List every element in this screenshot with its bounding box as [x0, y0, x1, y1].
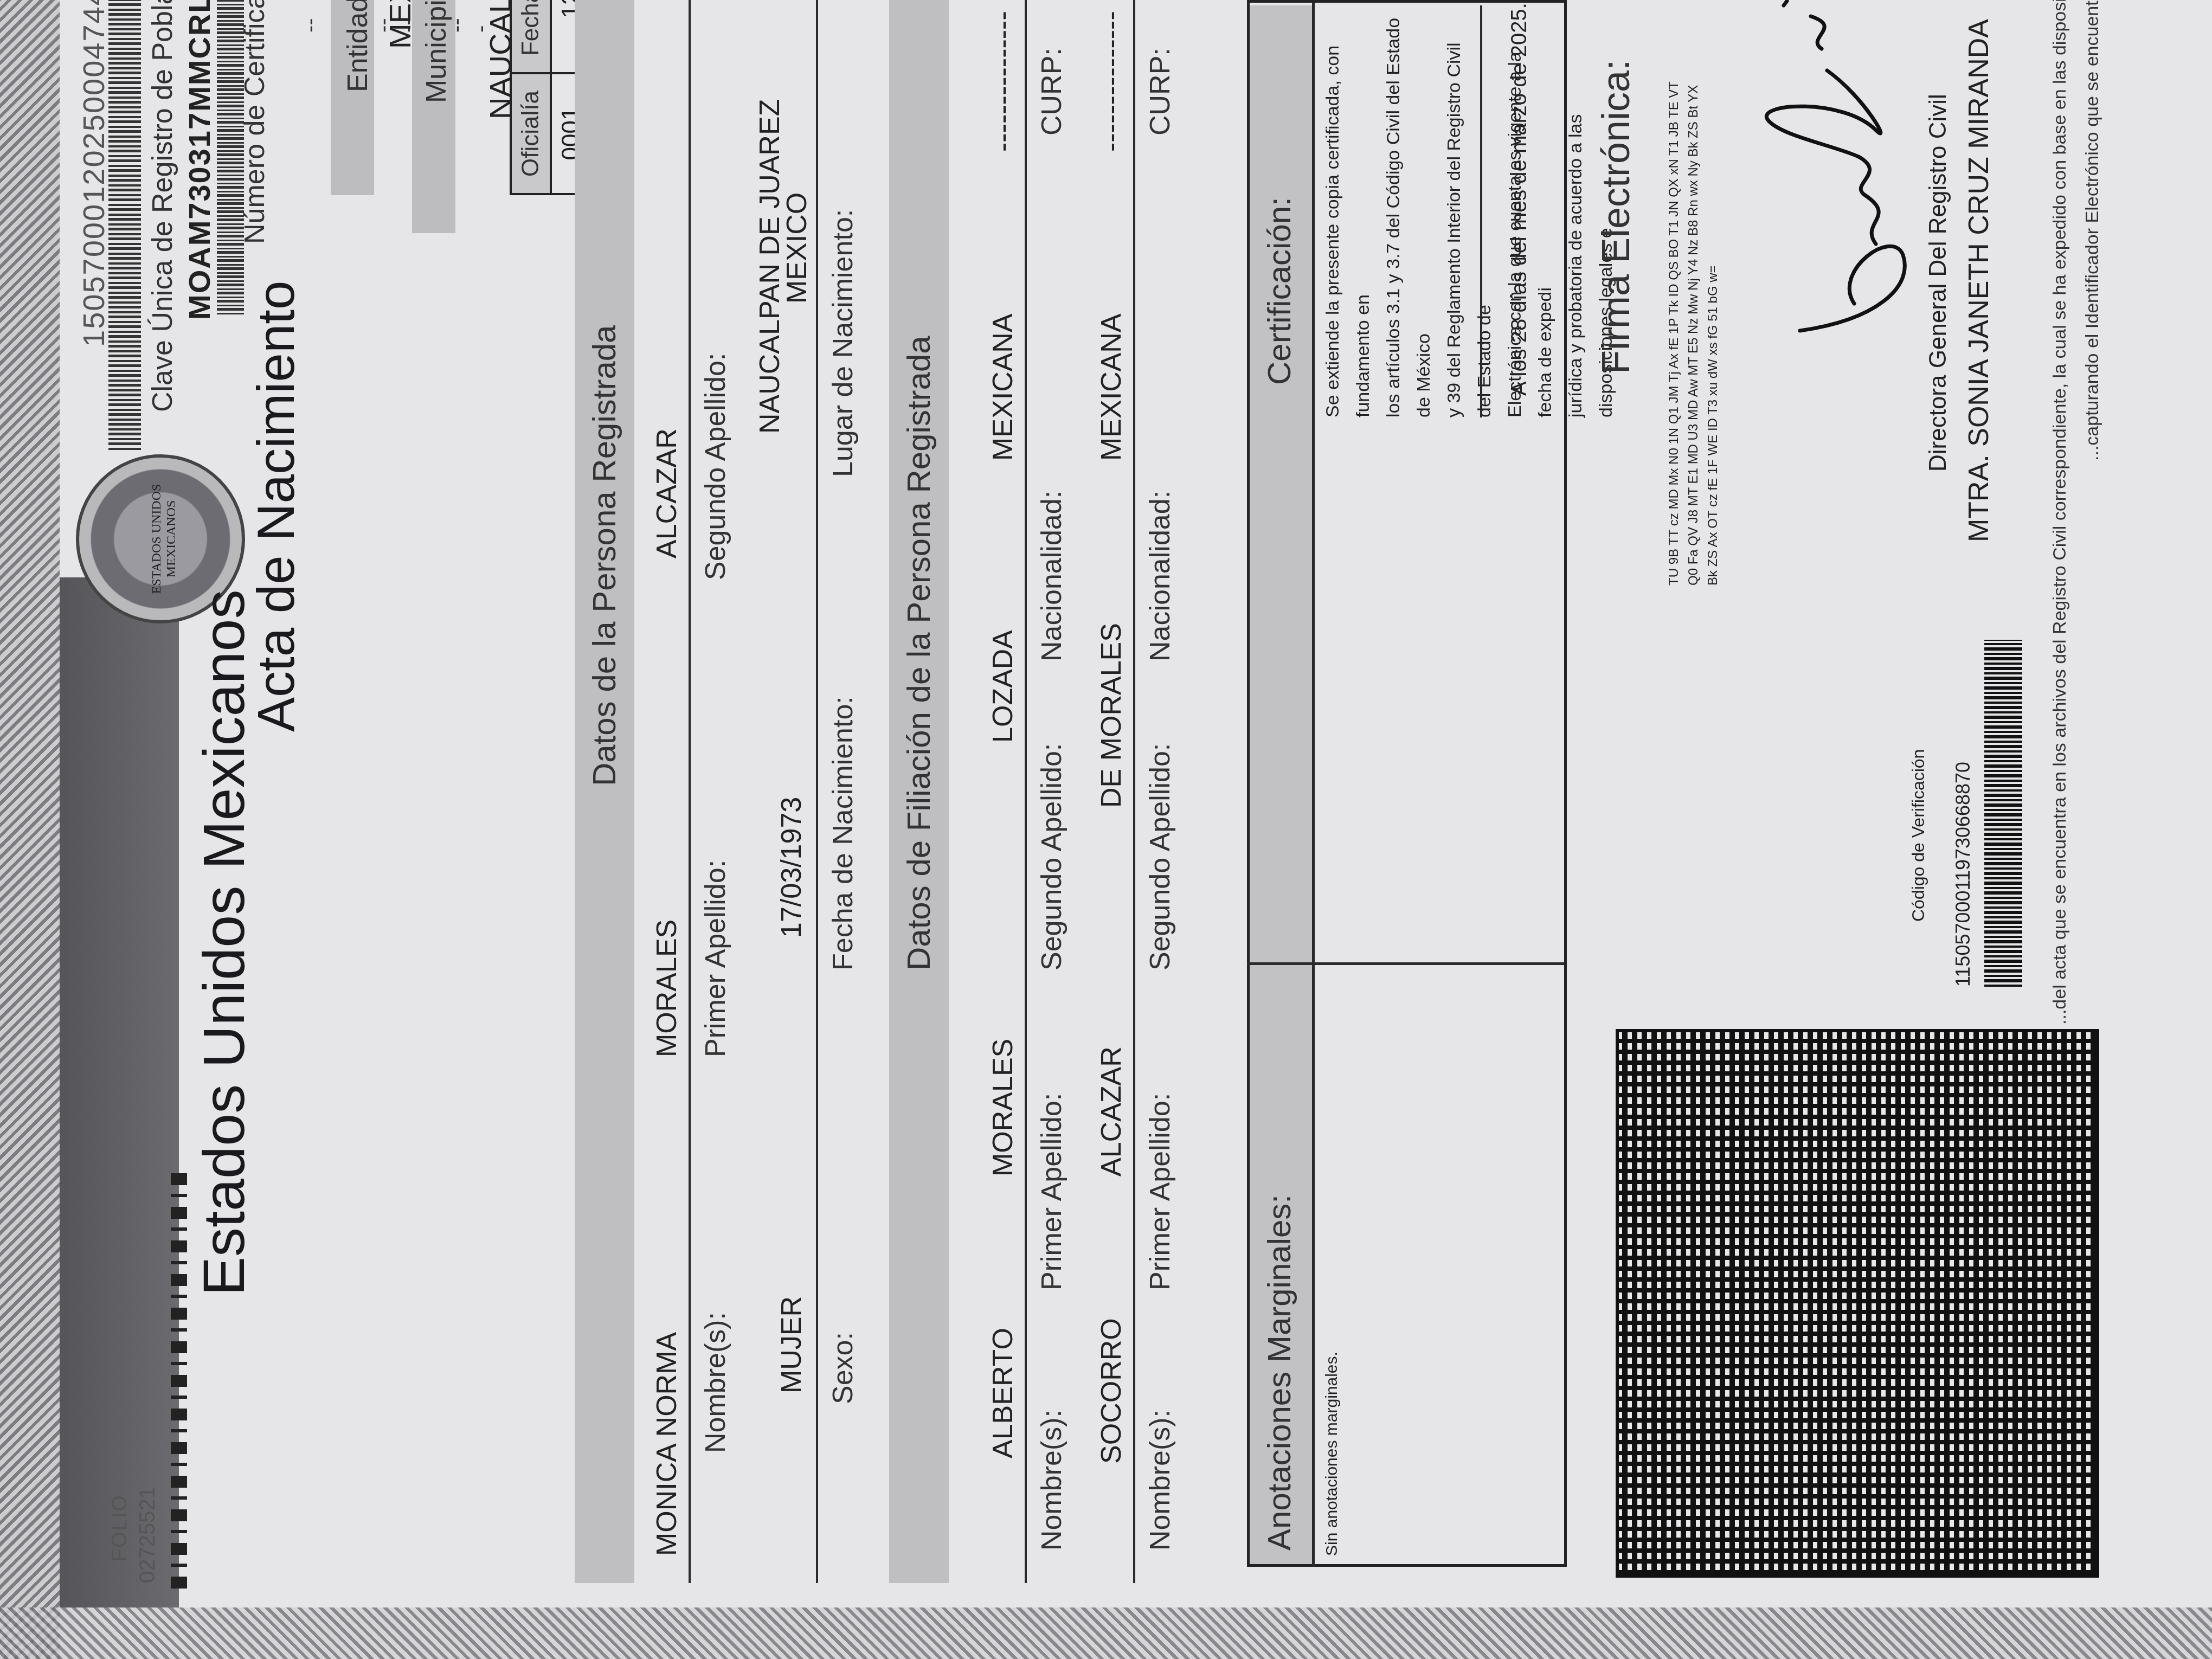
hash-line: Bk ZS Ax OT cz fE 1F WE ID T3 xu dW xs f… — [1703, 81, 1723, 586]
father-curp-label: CURP: — [1036, 48, 1068, 136]
cert-line: Se extiende la presente copia certificad… — [1317, 16, 1378, 417]
father-nacionalidad-value: MEXICANA — [987, 313, 1019, 461]
handwritten-signature-icon — [1735, 0, 1930, 352]
person-primer-apellido-label: Primer Apellido: — [699, 860, 732, 1057]
registry-header-fecha: Fecha de Registro — [511, 0, 551, 73]
mother-primer-apellido-label: Primer Apellido: — [1144, 1093, 1176, 1290]
signer-name: MTRA. SONIA JANETH CRUZ MIRANDA — [1963, 19, 1995, 542]
identifier-barcode-icon — [108, 0, 141, 450]
footer-line-2: ...capturando el Identificador Electróni… — [2082, 0, 2103, 461]
person-segundo-apellido-label: Segundo Apellido: — [699, 353, 732, 580]
cert-line: los artículos 3.1 y 3.7 del Código Civil… — [1378, 16, 1439, 417]
curp-value: MOAM730317MMCRLN01 — [182, 0, 217, 320]
person-primer-apellido-value: MORALES — [651, 919, 683, 1057]
person-section-bar — [575, 0, 634, 1583]
guilloche-border-left — [0, 1607, 2212, 1659]
father-segundo-apellido-value: LOZADA — [987, 630, 1019, 743]
father-nacionalidad-label: Nacionalidad: — [1036, 491, 1068, 661]
folio-value: 02725521 — [136, 1487, 160, 1583]
document-title: Acta de Nacimiento — [247, 281, 306, 732]
father-segundo-apellido-label: Segundo Apellido: — [1036, 743, 1068, 970]
identifier-number: 150570001202500047446 — [76, 0, 111, 347]
certificacion-title: Certificación: — [1261, 197, 1298, 385]
father-primer-apellido-value: MORALES — [987, 1039, 1019, 1176]
folio-label: FOLIO — [108, 1494, 132, 1561]
divider — [689, 0, 691, 1583]
divider — [1312, 3, 1315, 1567]
mother-curp-value: --------------- — [1095, 11, 1128, 152]
certificate-number-label: Número de Certificado de Nacimiento — [239, 0, 271, 244]
person-lugar-nacimiento-label: Lugar de Nacimiento: — [827, 209, 859, 477]
person-section-title: Datos de la Persona Registrada — [586, 325, 623, 787]
anotaciones-title: Anotaciones Marginales: — [1261, 1194, 1298, 1551]
anotaciones-text: Sin anotaciones marginales. — [1323, 1352, 1341, 1556]
mother-curp-label: CURP: — [1144, 48, 1176, 136]
person-sexo-value: MUJER — [775, 1296, 808, 1393]
verification-code: 115057000119730668870 — [1952, 762, 1975, 987]
document-body: ESTADOS UNIDOS MEXICANOS FOLIO 02725521 … — [65, 16, 2190, 1599]
hash-line: Q0 Fa QV J8 MT E1 MD U3 MD Aw MT E5 Nz M… — [1684, 81, 1703, 586]
father-nombre-label: Nombre(s): — [1036, 1410, 1068, 1551]
person-lugar-nacimiento-value-2: MEXICO — [781, 192, 813, 304]
divider — [816, 0, 818, 1583]
father-curp-value: --------------- — [987, 11, 1019, 152]
father-primer-apellido-label: Primer Apellido: — [1036, 1093, 1068, 1290]
mother-nacionalidad-label: Nacionalidad: — [1144, 491, 1176, 661]
mother-primer-apellido-value: ALCAZAR — [1095, 1046, 1128, 1176]
person-nombre-value: MONICA NORMA — [651, 1332, 683, 1556]
person-sexo-label: Sexo: — [827, 1332, 859, 1404]
certificacion-text: Se extiende la presente copia certificad… — [1317, 16, 1621, 417]
hash-line: TU 9B TT cz MD Mx N0 1N Q1 JM Tj Ax fE 1… — [1664, 81, 1684, 586]
person-segundo-apellido-value: ALCAZAR — [651, 428, 683, 558]
person-fecha-nacimiento-value: 17/03/1973 — [775, 797, 808, 938]
guilloche-border-top — [0, 0, 60, 1659]
entidad-label: Entidad de Registro — [342, 0, 374, 92]
mother-segundo-apellido-value: DE MORALES — [1095, 623, 1128, 808]
person-nombre-label: Nombre(s): — [699, 1312, 732, 1453]
divider — [1247, 962, 1564, 965]
footer-line-1: ...del acta que se encuentra en los arch… — [2049, 0, 2070, 1025]
verification-label: Código de Verificación — [1908, 749, 1928, 922]
signer-title: Directora General Del Registro Civil — [1925, 94, 1952, 472]
mother-nacionalidad-value: MEXICANA — [1095, 313, 1128, 461]
firma-title: Firma Electrónica: — [1594, 60, 1638, 374]
mother-segundo-apellido-label: Segundo Apellido: — [1144, 743, 1176, 970]
person-fecha-nacimiento-label: Fecha de Nacimiento: — [827, 696, 859, 970]
firma-hash: TU 9B TT cz MD Mx N0 1N Q1 JM Tj Ax fE 1… — [1664, 81, 1723, 586]
municipio-label: Municipio de Registro — [420, 0, 453, 103]
qr-code-icon — [1616, 1029, 2099, 1578]
curp-label: Clave Única de Registro de Población — [146, 0, 179, 412]
divider — [1133, 0, 1135, 1583]
mother-nombre-label: Nombre(s): — [1144, 1410, 1176, 1551]
verification-barcode-icon — [1984, 640, 2022, 987]
certificacion-date: A los 28 días del mes de marzo de 2025. … — [1507, 0, 1532, 396]
seal-text: ESTADOS UNIDOS MEXICANOS — [150, 458, 179, 620]
birth-certificate-page: ESTADOS UNIDOS MEXICANOS FOLIO 02725521 … — [0, 0, 2212, 1659]
folio-barcode-icon — [171, 1166, 187, 1589]
divider — [1480, 5, 1482, 417]
cert-line: y 39 del Reglamento Interior del Registr… — [1439, 16, 1500, 417]
mother-nombre-value: SOCORRO — [1095, 1318, 1128, 1464]
filiacion-section-title: Datos de Filiación de la Persona Registr… — [900, 336, 937, 970]
father-nombre-value: ALBERTO — [987, 1328, 1019, 1458]
registry-header-oficialia: Oficialía — [511, 73, 551, 194]
divider — [1025, 0, 1027, 1583]
